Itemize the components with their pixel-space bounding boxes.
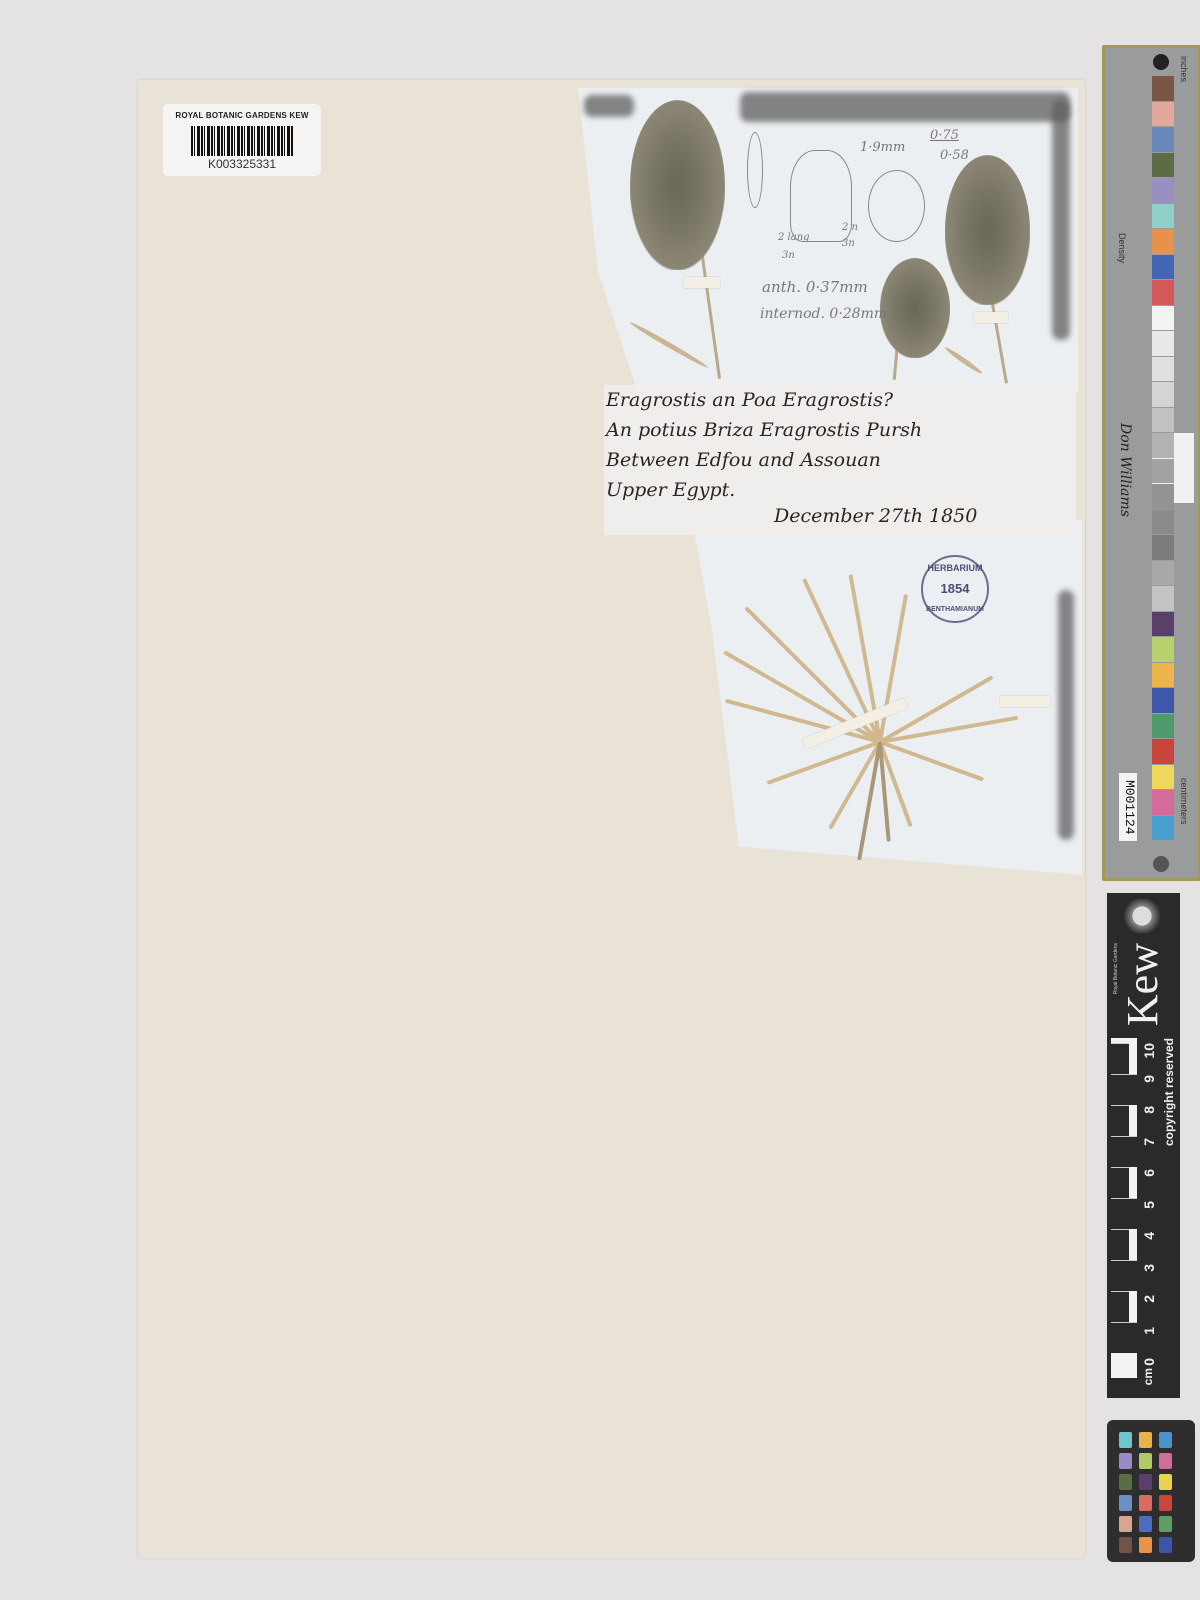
color-patch <box>1152 663 1174 688</box>
label-line: Between Edfou and Assouan <box>606 449 881 471</box>
scale-segment <box>1111 1198 1137 1229</box>
sketch-note-right-b: 3n <box>842 238 855 249</box>
barcode-organization: ROYAL BOTANIC GARDENS KEW <box>163 111 321 120</box>
color-patch <box>1152 178 1174 203</box>
herbarium-stamp: HERBARIUM 1854 BENTHAMIANUM <box>921 555 989 623</box>
color-patch <box>1152 408 1174 433</box>
scale-segment <box>1111 1074 1137 1105</box>
kew-scale-bar: Kew Royal Botanic Gardens 012345678910 c… <box>1107 893 1180 1398</box>
scale-segment <box>1111 1105 1129 1136</box>
checker-swatch <box>1159 1474 1172 1490</box>
barcode-label: ROYAL BOTANIC GARDENS KEW K003325331 <box>163 104 321 176</box>
flower-spike-right <box>945 155 1030 305</box>
flower-spike-middle <box>880 258 950 358</box>
color-patch <box>1152 765 1174 790</box>
checker-swatch <box>1119 1537 1132 1553</box>
color-patch <box>1152 459 1174 484</box>
checker-swatch <box>1139 1516 1152 1532</box>
color-patch <box>1152 433 1174 458</box>
barcode-number: K003325331 <box>163 157 321 171</box>
color-patch <box>1152 688 1174 713</box>
sketch-note-left-b: 3n <box>782 250 795 261</box>
color-patch <box>1152 255 1174 280</box>
kew-brand: Kew <box>1117 943 1168 1026</box>
scale-number: 10 <box>1141 1043 1161 1059</box>
charcoal-smudge <box>740 92 1070 122</box>
checker-swatch <box>1159 1537 1172 1553</box>
label-line: Upper Egypt. <box>606 479 735 501</box>
checker-swatch <box>1159 1495 1172 1511</box>
color-patch <box>1152 535 1174 560</box>
scale-segment <box>1111 1229 1129 1260</box>
ruler-id-label: M001124 <box>1119 773 1137 841</box>
checker-swatch <box>1139 1495 1152 1511</box>
scale-number: 6 <box>1141 1169 1161 1177</box>
color-patch <box>1152 382 1174 407</box>
charcoal-smudge <box>1052 100 1070 340</box>
checker-swatch <box>1119 1432 1132 1448</box>
scale-number: 2 <box>1141 1295 1161 1303</box>
color-patch <box>1152 714 1174 739</box>
scale-segment <box>1111 1322 1137 1353</box>
color-patch <box>1152 102 1174 127</box>
ruler-dot <box>1153 856 1169 872</box>
color-patch <box>1152 153 1174 178</box>
color-patch <box>1152 204 1174 229</box>
checker-swatch <box>1119 1516 1132 1532</box>
sketch-anther-note: anth. 0·37mm <box>762 278 868 296</box>
kew-crest-icon <box>1121 899 1163 933</box>
color-patch <box>1152 612 1174 637</box>
color-patch <box>1152 306 1174 331</box>
checker-swatch <box>1119 1474 1132 1490</box>
flower-spike-left <box>630 100 725 270</box>
ruler-signature: Don Williams <box>1117 423 1133 517</box>
scale-segment <box>1111 1043 1129 1074</box>
charcoal-smudge <box>1058 590 1074 840</box>
mounting-tape <box>684 277 720 288</box>
color-patch <box>1152 790 1174 815</box>
sketch-glume <box>747 132 763 208</box>
stamp-bottom-text: BENTHAMIANUM <box>923 606 987 613</box>
sketch-grain <box>868 170 925 242</box>
color-patch <box>1152 739 1174 764</box>
ruler-density-label: Density <box>1117 233 1127 263</box>
barcode-icon <box>191 126 293 156</box>
checker-swatch <box>1119 1495 1132 1511</box>
sketch-note-left-a: 2 lang <box>778 232 810 243</box>
scale-number: 9 <box>1141 1075 1161 1083</box>
sketch-ratio-top: 0·75 <box>930 128 959 143</box>
color-patch <box>1152 484 1174 509</box>
color-patch <box>1152 816 1174 841</box>
sketch-note-right-a: 2 n <box>842 222 858 233</box>
color-patch <box>1152 637 1174 662</box>
scale-number: 5 <box>1141 1201 1161 1209</box>
scale-number: 1 <box>1141 1327 1161 1335</box>
scale-number: 4 <box>1141 1232 1161 1240</box>
color-checker-card <box>1107 1420 1195 1562</box>
ruler-units-bottom: centimeters <box>1179 778 1189 825</box>
checker-swatch <box>1119 1453 1132 1469</box>
scale-segment <box>1111 1136 1137 1167</box>
checker-swatch <box>1139 1474 1152 1490</box>
color-patch <box>1152 510 1174 535</box>
scale-number: 7 <box>1141 1138 1161 1146</box>
checker-swatch <box>1139 1453 1152 1469</box>
sketch-ratio-bottom: 0·58 <box>940 148 969 163</box>
color-patch <box>1152 280 1174 305</box>
color-patch <box>1152 127 1174 152</box>
mounting-tape <box>1000 696 1050 707</box>
sketch-note-top: 1·9mm <box>860 140 905 155</box>
scale-segment <box>1111 1291 1129 1322</box>
kew-copyright: copyright reserved <box>1162 1038 1176 1146</box>
kew-unit: cm <box>1141 1368 1155 1385</box>
checker-swatch <box>1139 1537 1152 1553</box>
ruler-dot <box>1153 54 1169 70</box>
charcoal-smudge <box>584 95 634 117</box>
checker-swatch <box>1139 1432 1152 1448</box>
color-patch <box>1152 229 1174 254</box>
color-patch <box>1152 331 1174 356</box>
color-patch <box>1152 561 1174 586</box>
color-calibration-ruler: inches Density Don Williams M001124 cent… <box>1102 45 1200 881</box>
stamp-year: 1854 <box>923 581 987 596</box>
label-date: December 27th 1850 <box>774 505 977 527</box>
ruler-units-top: inches <box>1179 56 1189 82</box>
kew-cm-scale <box>1111 1038 1137 1378</box>
color-patch <box>1152 357 1174 382</box>
specimen-label: Eragrostis an Poa Eragrostis? An potius … <box>604 385 1076 535</box>
color-patch <box>1152 586 1174 611</box>
color-patch <box>1152 76 1174 101</box>
mounting-tape <box>974 312 1008 323</box>
label-line: An potius Briza Eragrostis Pursh <box>606 419 922 441</box>
scale-number: 8 <box>1141 1106 1161 1114</box>
scale-number: 3 <box>1141 1264 1161 1272</box>
sketch-internode-note: internod. 0·28mm <box>760 306 887 322</box>
stamp-top-text: HERBARIUM <box>923 563 987 573</box>
scale-segment <box>1111 1260 1137 1291</box>
label-line: Eragrostis an Poa Eragrostis? <box>606 389 893 411</box>
checker-swatch <box>1159 1516 1172 1532</box>
scale-number: 0 <box>1141 1358 1161 1366</box>
scale-segment <box>1111 1167 1129 1198</box>
kew-brand-sub: Royal Botanic Gardens <box>1113 943 1119 994</box>
checker-swatch <box>1159 1432 1172 1448</box>
checker-swatch <box>1159 1453 1172 1469</box>
